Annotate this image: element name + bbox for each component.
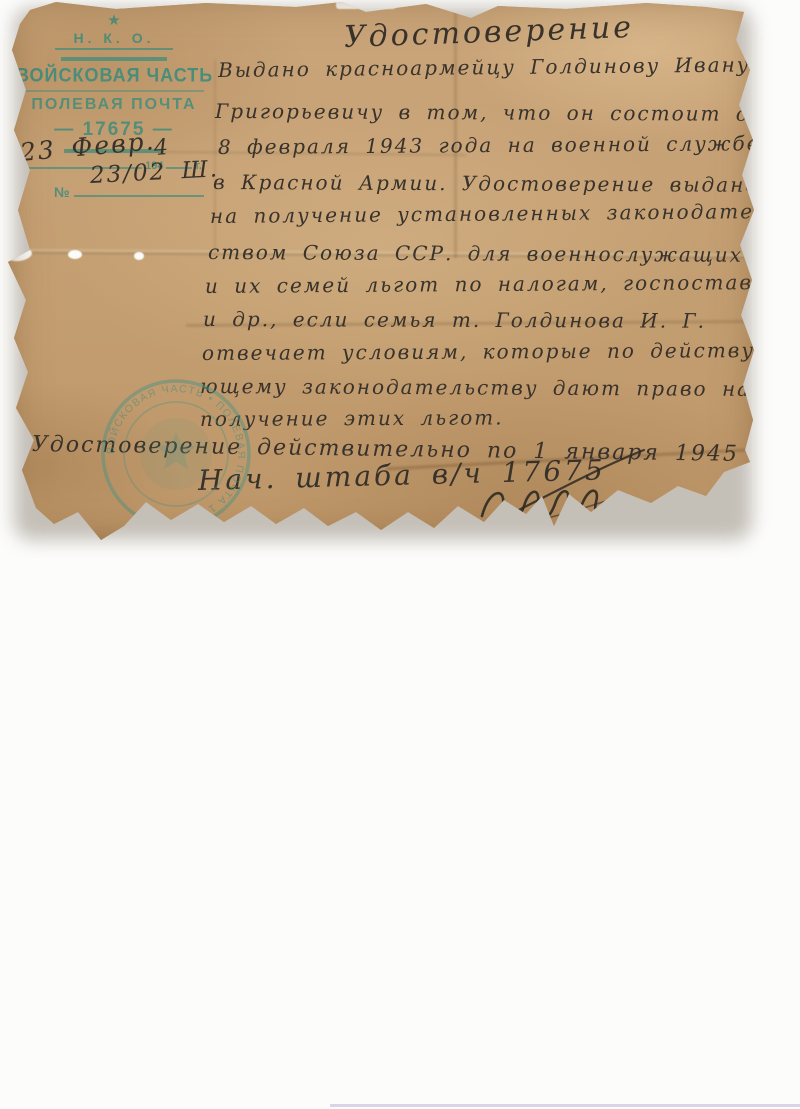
body-line: в Красной Армии. Удостоверение выдано — [213, 170, 759, 197]
tear-hole — [134, 252, 144, 260]
scan-edge-line — [330, 1104, 800, 1107]
tear-hole — [68, 250, 82, 259]
star-icon: ★ — [16, 14, 212, 28]
scanned-document: ★ Н. К. О. ВОЙСКОВАЯ ЧАСТЬ ПОЛЕВАЯ ПОЧТА… — [0, 0, 800, 1109]
stamp-rule — [55, 48, 173, 50]
field-post-line: ПОЛЕВАЯ ПОЧТА — [16, 96, 212, 114]
body-line: Выдано красноармейцу Голдинову Ивану — [218, 52, 751, 82]
nko-label: Н. К. О. — [16, 30, 212, 46]
unit-line: ВОЙСКОВАЯ ЧАСТЬ — [16, 64, 212, 87]
number-sign: № — [54, 184, 70, 200]
certificate-paper: ★ Н. К. О. ВОЙСКОВАЯ ЧАСТЬ ПОЛЕВАЯ ПОЧТА… — [6, 0, 758, 548]
stamp-rule — [61, 57, 167, 61]
certificate-title: Удостоверение — [343, 10, 634, 55]
body-line: и др., если семья т. Голдинова И. Г. — [203, 307, 706, 333]
body-line: на получение установленных законодатель- — [210, 199, 791, 228]
stamp-rule — [24, 90, 204, 92]
body-line: 8 февраля 1943 года на военной службе — [218, 131, 761, 159]
handwritten-year: 4 — [153, 135, 171, 161]
body-line: ющему законодательству дают право на — [200, 374, 751, 401]
stamp-rule — [74, 195, 204, 197]
round-seal: ВОЙСКОВАЯ ЧАСТЬ • ПОЛЕВАЯ ПОЧТА 17675 — [96, 374, 256, 534]
body-line: и их семей льгот по налогам, госпоставка… — [205, 270, 800, 298]
body-line: Григорьевичу в том, что он состоит с — [215, 99, 749, 126]
body-line: ством Союза ССР. для военнослужащих — [208, 240, 743, 267]
body-line: отвечает условиям, которые по действу- — [202, 338, 764, 365]
